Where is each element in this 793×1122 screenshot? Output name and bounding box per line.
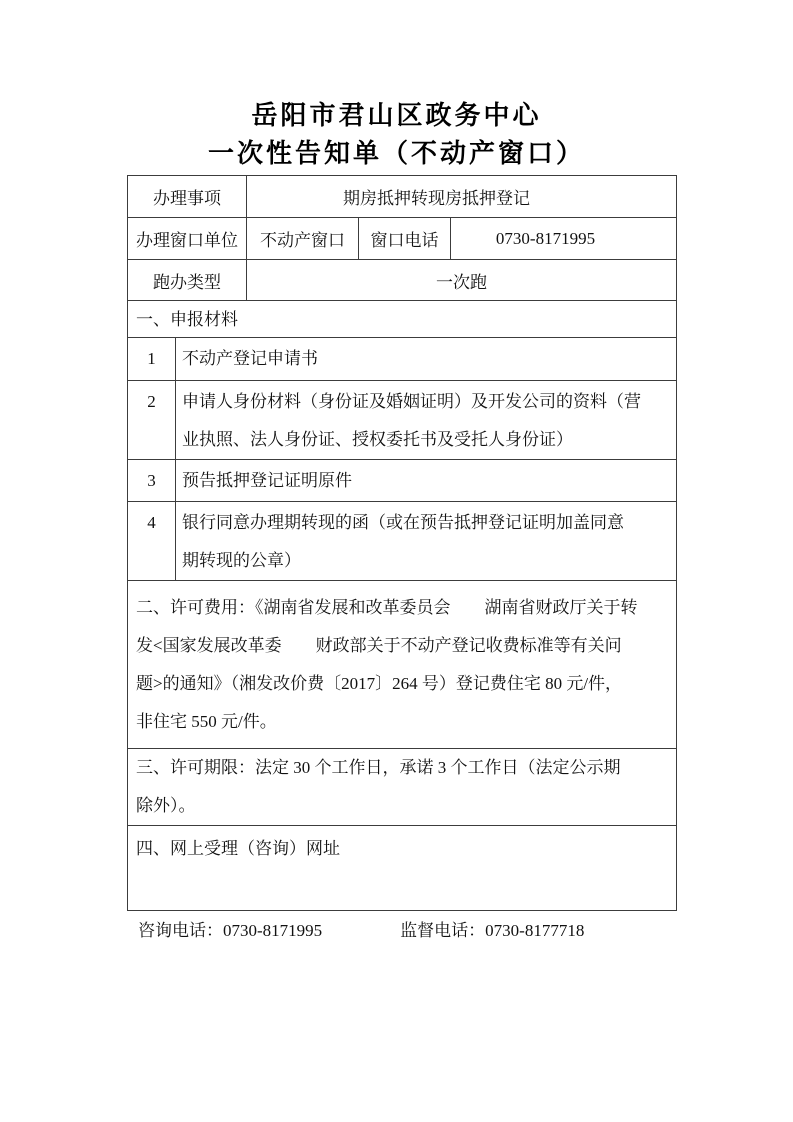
consult-phone-label: 咨询电话： [138,921,223,940]
window-unit-value: 不动产窗口 [247,218,359,260]
material-4-text: 银行同意办理期转现的函（或在预告抵押登记证明加盖同意 期转现的公章） [176,502,677,581]
supervise-phone-label: 监督电话： [400,921,485,940]
material-1-text: 不动产登记申请书 [176,338,677,381]
row-transaction-item: 办理事项 期房抵押转现房抵押登记 [128,176,677,218]
run-type-label: 跑办类型 [128,260,247,301]
material-2-text: 申请人身份材料（身份证及婚姻证明）及开发公司的资料（营 业执照、法人身份证、授权… [176,381,677,460]
footer-contacts: 咨询电话：0730-8171995 监督电话：0730-8177718 [127,916,727,941]
window-unit-label: 办理窗口单位 [128,218,247,260]
run-type-value: 一次跑 [247,260,677,301]
title-line-2: 一次性告知单（不动产窗口） [0,134,793,172]
materials-section-title: 一、申报材料 [128,301,677,338]
notice-table: 办理事项 期房抵押转现房抵押登记 办理窗口单位 不动产窗口 窗口电话 0730-… [127,175,677,911]
window-phone-value: 0730-8171995 [451,218,677,260]
window-phone-label: 窗口电话 [359,218,451,260]
material-2-number: 2 [128,381,176,460]
material-3-number: 3 [128,460,176,502]
fee-section-text: 二、许可费用：《湖南省发展和改革委员会 湖南省财政厅关于转 发<国家发展改革委 … [128,581,677,749]
row-fee-section: 二、许可费用：《湖南省发展和改革委员会 湖南省财政厅关于转 发<国家发展改革委 … [128,581,677,749]
consult-phone-value: 0730-8171995 [223,921,322,940]
row-run-type: 跑办类型 一次跑 [128,260,677,301]
online-section-text: 四、网上受理（咨询）网址 [128,826,677,911]
material-row-4: 4 银行同意办理期转现的函（或在预告抵押登记证明加盖同意 期转现的公章） [128,502,677,581]
document-page: 岳阳市君山区政务中心 一次性告知单（不动产窗口） 办理事项 期房抵押转现房抵押登… [0,0,793,1122]
material-row-1: 1 不动产登记申请书 [128,338,677,381]
material-1-number: 1 [128,338,176,381]
row-window-unit: 办理窗口单位 不动产窗口 窗口电话 0730-8171995 [128,218,677,260]
title-line-1: 岳阳市君山区政务中心 [0,96,793,134]
material-row-3: 3 预告抵押登记证明原件 [128,460,677,502]
deadline-section-text: 三、许可期限：法定 30 个工作日，承诺 3 个工作日（法定公示期 除外）。 [128,749,677,826]
row-online-section: 四、网上受理（咨询）网址 [128,826,677,911]
document-title: 岳阳市君山区政务中心 一次性告知单（不动产窗口） [0,96,793,172]
material-4-number: 4 [128,502,176,581]
material-row-2: 2 申请人身份材料（身份证及婚姻证明）及开发公司的资料（营 业执照、法人身份证、… [128,381,677,460]
footer-supervise-phone: 监督电话：0730-8177718 [400,916,584,941]
footer-consult-phone: 咨询电话：0730-8171995 [138,916,322,941]
supervise-phone-value: 0730-8177718 [485,921,584,940]
row-deadline-section: 三、许可期限：法定 30 个工作日，承诺 3 个工作日（法定公示期 除外）。 [128,749,677,826]
row-materials-header: 一、申报材料 [128,301,677,338]
material-3-text: 预告抵押登记证明原件 [176,460,677,502]
transaction-item-label: 办理事项 [128,176,247,218]
transaction-item-value: 期房抵押转现房抵押登记 [247,176,677,218]
